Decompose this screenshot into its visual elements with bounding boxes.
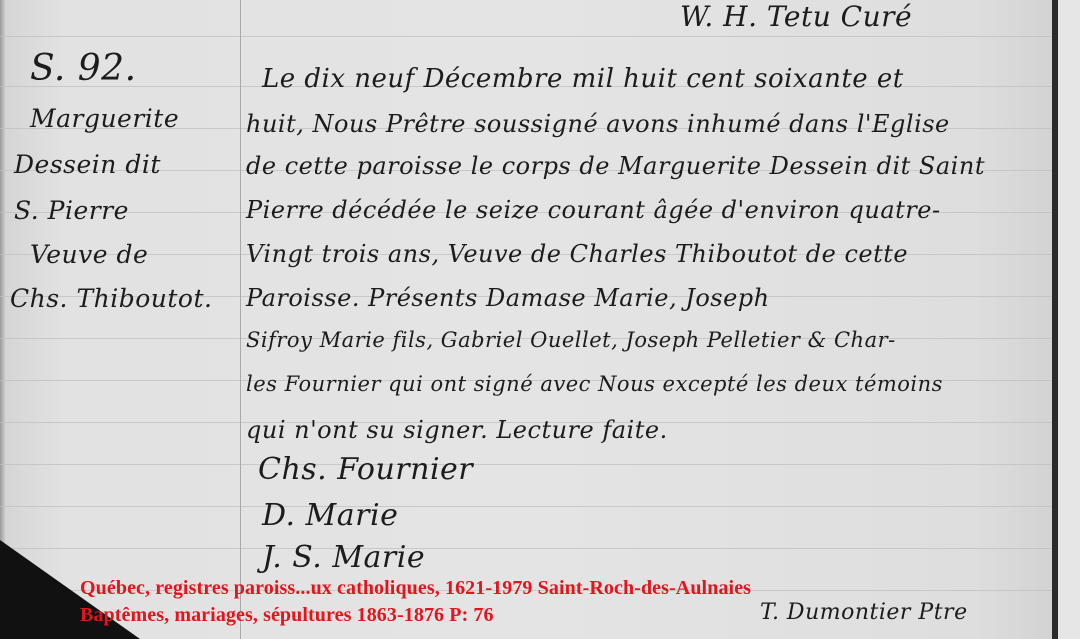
register-page-scan: W. H. Tetu Curé S. 92. Marguerite Dessei… (0, 0, 1080, 639)
body-line: Sifroy Marie fils, Gabriel Ouellet, Jose… (246, 328, 896, 352)
entry-code: S. 92. (30, 48, 137, 89)
body-line: Vingt trois ans, Veuve de Charles Thibou… (246, 240, 908, 268)
body-line: huit, Nous Prêtre soussigné avons inhumé… (246, 110, 950, 138)
body-line: Paroisse. Présents Damase Marie, Joseph (246, 284, 770, 312)
margin-line: Marguerite (30, 104, 179, 133)
margin-line: Veuve de (30, 240, 148, 269)
body-line: les Fournier qui ont signé avec Nous exc… (246, 372, 943, 396)
body-line: Pierre décédée le seize courant âgée d'e… (246, 196, 941, 224)
ruled-line (0, 506, 1080, 507)
header-signature: W. H. Tetu Curé (680, 0, 912, 33)
margin-line: Chs. Thiboutot. (10, 284, 212, 313)
witness-signature: J. S. Marie (262, 540, 425, 575)
body-line: qui n'ont su signer. Lecture faite. (246, 416, 668, 444)
ruled-line (0, 36, 1080, 37)
officiant-signature: T. Dumontier Ptre (760, 600, 968, 625)
margin-line: Dessein dit (14, 150, 161, 179)
caption-line-1: Québec, registres paroiss...ux catholiqu… (80, 577, 751, 600)
body-line: Le dix neuf Décembre mil huit cent soixa… (262, 64, 904, 94)
witness-signature: D. Marie (262, 498, 398, 533)
ruled-line (0, 464, 1080, 465)
body-line: de cette paroisse le corps de Marguerite… (246, 152, 985, 180)
ruled-line (0, 548, 1080, 549)
margin-rule (240, 0, 241, 639)
caption-line-2: Baptêmes, mariages, sépultures 1863-1876… (80, 604, 494, 627)
margin-line: S. Pierre (14, 196, 129, 225)
witness-signature: Chs. Fournier (258, 452, 473, 487)
page-right-strip (1058, 0, 1080, 639)
